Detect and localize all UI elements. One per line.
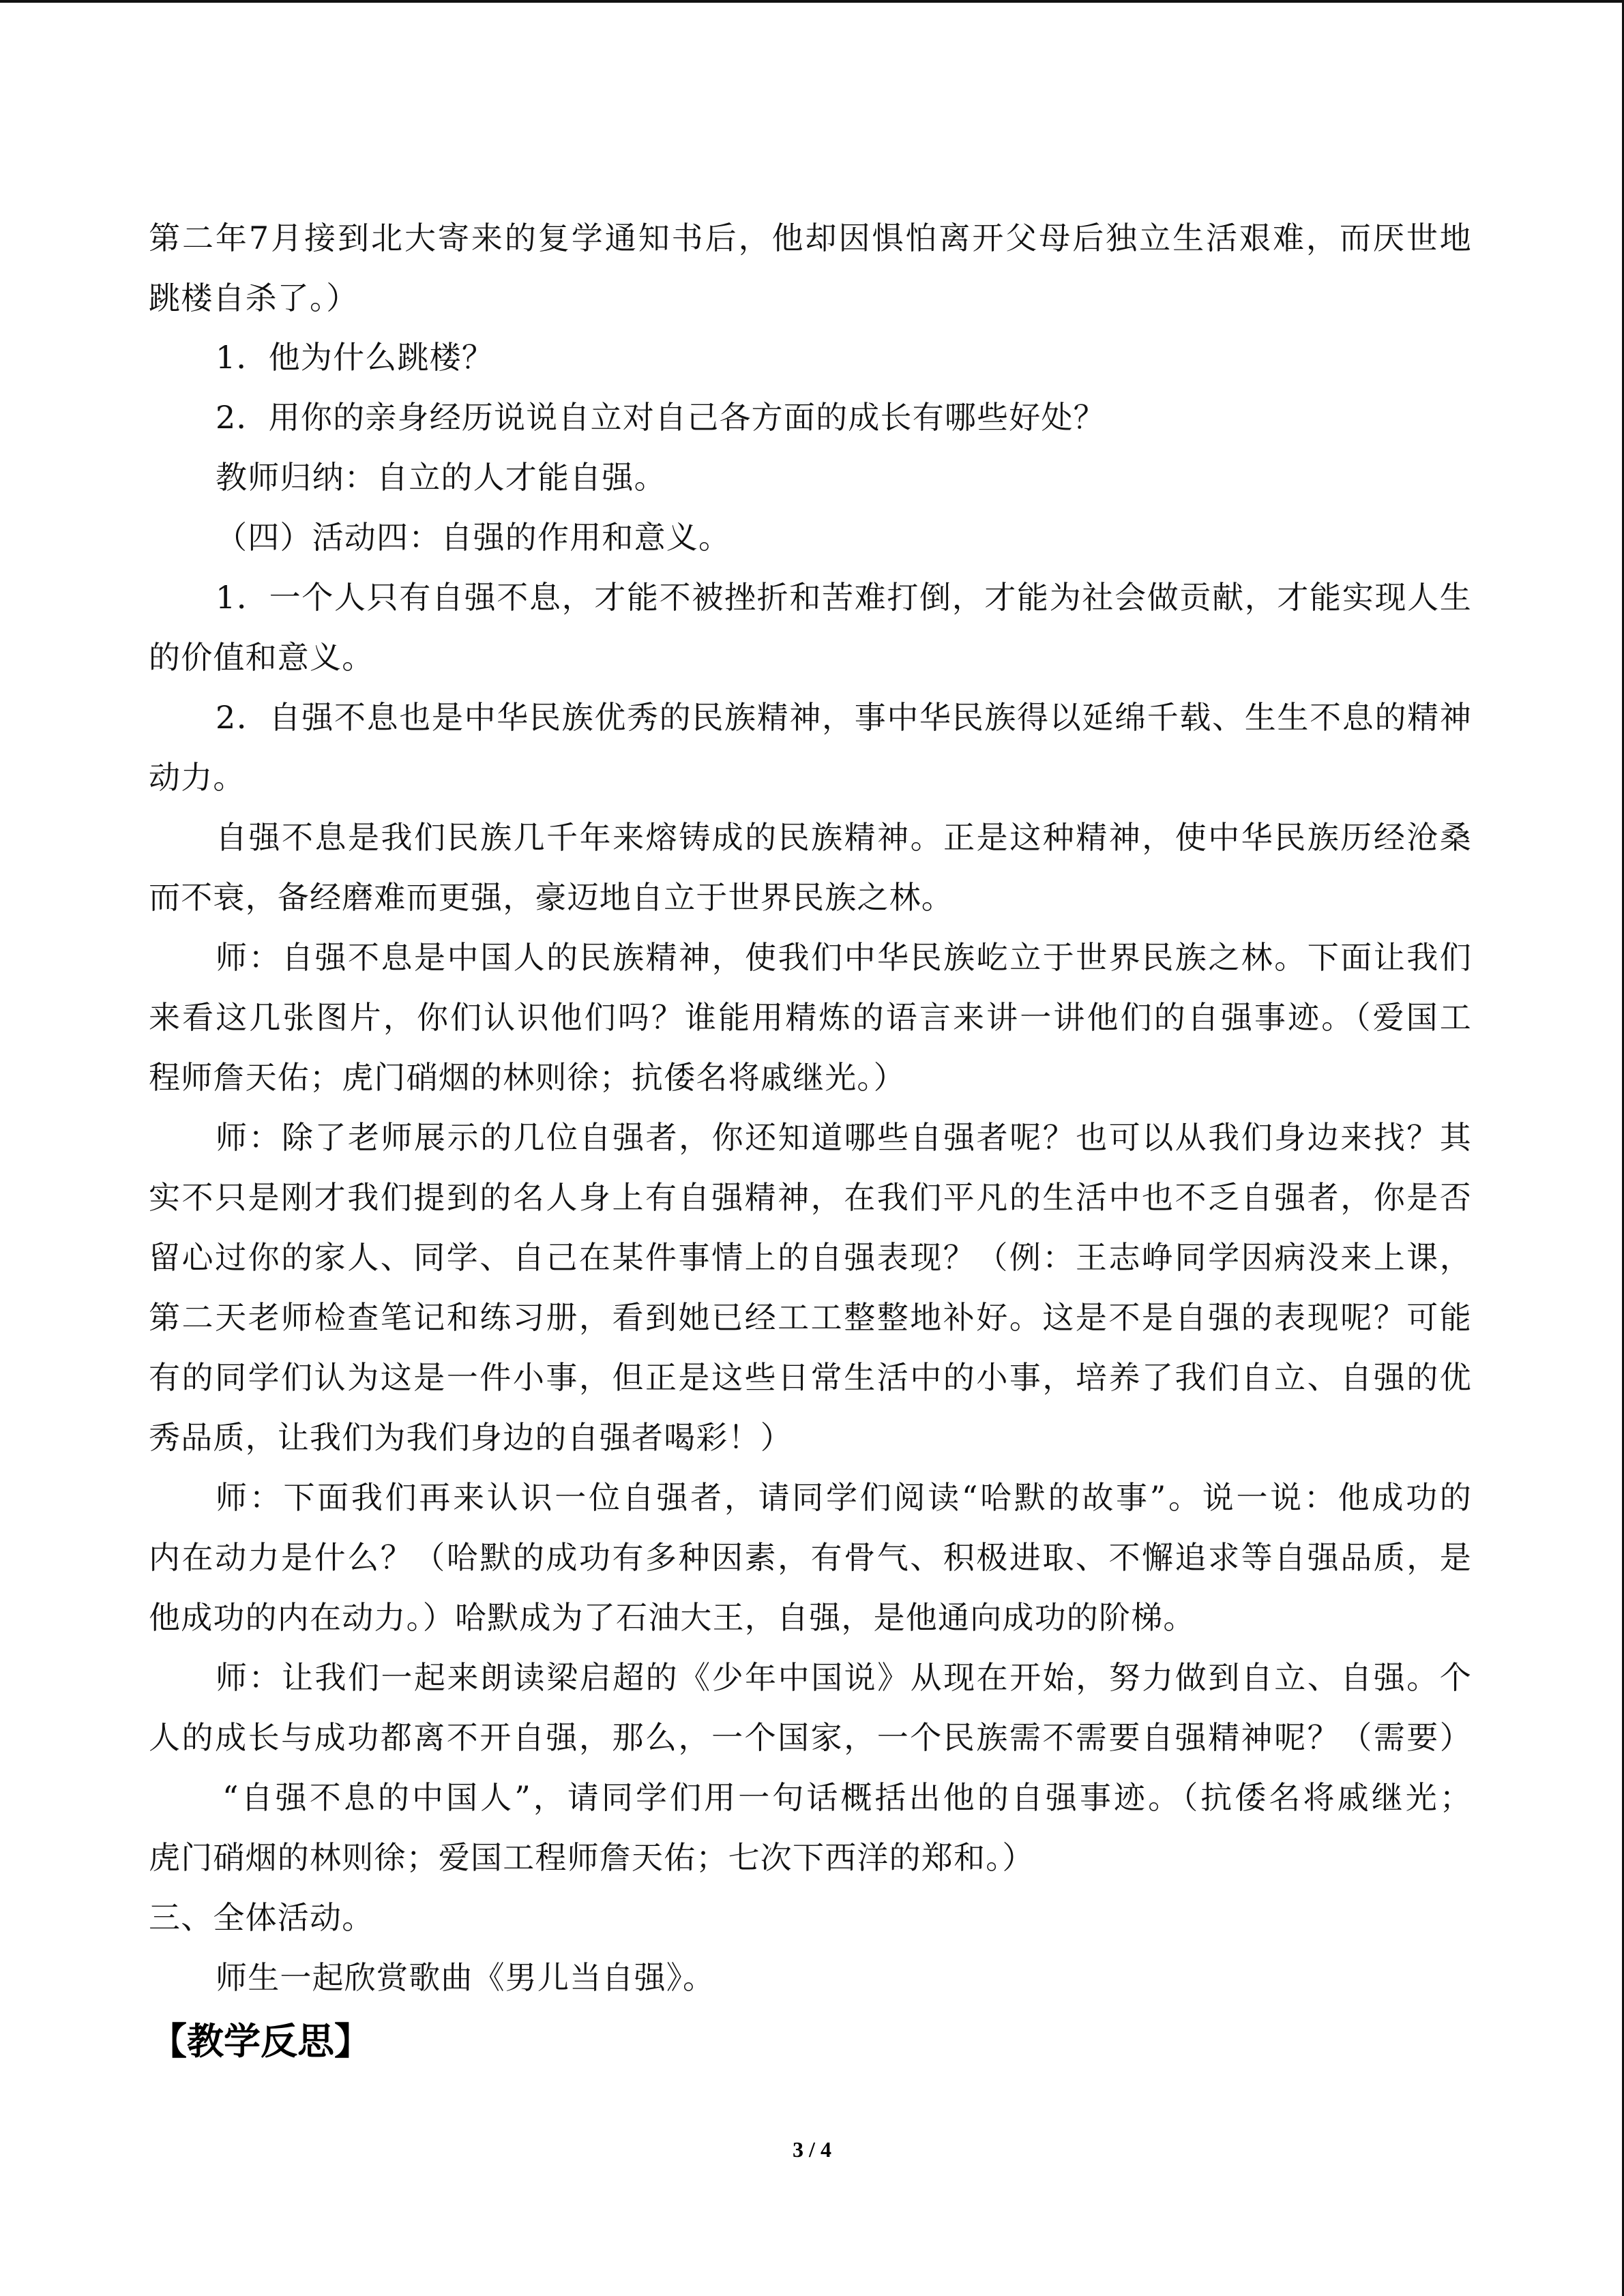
paragraph-line: 师：除了老师展示的几位自强者，你还知道哪些自强者呢？也可以从我们身边来找？其 — [216, 1117, 1472, 1158]
text-line: 来看这几张图片，你们认识他们吗？谁能用精炼的语言来讲一讲他们的自强事迹。（爱国工 — [149, 997, 1472, 1038]
text-line: 人的成长与成功都离不开自强，那么，一个国家，一个民族需不需要自强精神呢？（需要） — [149, 1717, 1472, 1758]
text-line: 内在动力是什么？（哈默的成功有多种因素，有骨气、积极进取、不懈追求等自强品质，是 — [149, 1537, 1472, 1578]
text-line: 秀品质，让我们为我们身边的自强者喝彩！） — [149, 1417, 793, 1458]
list-item-question-2: 2．用你的亲身经历说说自立对自己各方面的成长有哪些好处？ — [216, 397, 1106, 438]
teacher-summary: 教师归纳：自立的人才能自强。 — [216, 457, 666, 498]
text-line: 跳楼自杀了。） — [149, 278, 358, 318]
text-line: 而不衰，备经磨难而更强，豪迈地自立于世界民族之林。 — [149, 877, 954, 918]
paragraph-line: 自强不息是我们民族几千年来熔铸成的民族精神。正是这种精神，使中华民族历经沧桑 — [216, 817, 1472, 858]
text-line: 他成功的内在动力。）哈默成为了石油大王，自强，是他通向成功的阶梯。 — [149, 1597, 1196, 1638]
list-item-point-2: 2．自强不息也是中华民族优秀的民族精神，事中华民族得以延绵千载、生生不息的精神 — [216, 697, 1472, 738]
page-number: 3 / 4 — [0, 2136, 1624, 2163]
list-item-point-1: 1．一个人只有自强不息，才能不被挫折和苦难打倒，才能为社会做贡献，才能实现人生 — [216, 577, 1472, 618]
activity-four-heading: （四）活动四：自强的作用和意义。 — [216, 517, 730, 558]
text-line: 留心过你的家人、同学、自己在某件事情上的自强表现？（例：王志峥同学因病没来上课， — [149, 1237, 1472, 1278]
text-line: 动力。 — [149, 757, 246, 798]
paragraph-line: 师：下面我们再来认识一位自强者，请同学们阅读“哈默的故事”。说一说：他成功的 — [216, 1477, 1472, 1518]
text-line: 第二年7月接到北大寄来的复学通知书后，他却因惧怕离开父母后独立生活艰难，而厌世地 — [149, 218, 1472, 258]
text-line: 第二天老师检查笔记和练习册，看到她已经工工整整地补好。这是不是自强的表现呢？可能 — [149, 1297, 1472, 1338]
paragraph-line: “自强不息的中国人”，请同学们用一句话概括出他的自强事迹。（抗倭名将戚继光； — [222, 1777, 1472, 1818]
section-three-heading: 三、全体活动。 — [149, 1897, 374, 1938]
text-line: 的价值和意义。 — [149, 637, 374, 678]
paragraph-line: 师：自强不息是中国人的民族精神，使我们中华民族屹立于世界民族之林。下面让我们 — [216, 937, 1472, 978]
text-line: 实不只是刚才我们提到的名人身上有自强精神，在我们平凡的生活中也不乏自强者，你是否 — [149, 1177, 1472, 1218]
list-item-question-1: 1．他为什么跳楼？ — [216, 337, 494, 378]
text-line: 程师詹天佑；虎门硝烟的林则徐；抗倭名将戚继光。） — [149, 1057, 906, 1098]
paragraph-line: 师：让我们一起来朗读梁启超的《少年中国说》从现在开始，努力做到自立、自强。个 — [216, 1657, 1472, 1698]
text-line: 有的同学们认为这是一件小事，但正是这些日常生活中的小事，培养了我们自立、自强的优 — [149, 1357, 1472, 1398]
paragraph-line: 师生一起欣赏歌曲《男儿当自强》。 — [216, 1957, 715, 1998]
teaching-reflection-heading: 【教学反思】 — [150, 2014, 371, 2069]
text-line: 虎门硝烟的林则徐；爱国工程师詹天佑；七次下西洋的郑和。） — [149, 1837, 1035, 1878]
document-page: 第二年7月接到北大寄来的复学通知书后，他却因惧怕离开父母后独立生活艰难，而厌世地… — [0, 0, 1624, 2296]
